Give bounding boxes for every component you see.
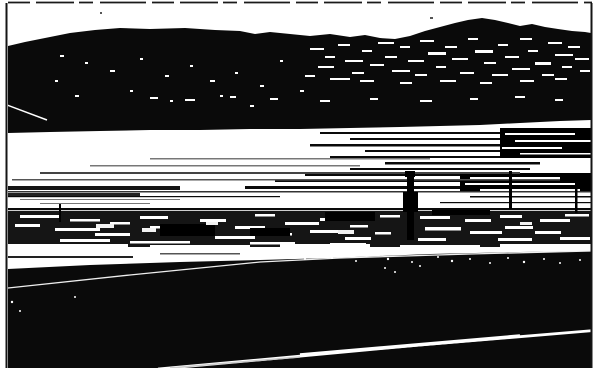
pole (509, 171, 512, 209)
pole (59, 204, 61, 222)
buildings-row (8, 210, 591, 248)
landscape-photo (0, 0, 600, 373)
foreground-slope (8, 251, 600, 369)
shoreline-road-line (8, 208, 591, 210)
pole (575, 183, 578, 213)
halftone-photo-figure (0, 0, 600, 373)
building-roof-highlight (96, 224, 114, 228)
